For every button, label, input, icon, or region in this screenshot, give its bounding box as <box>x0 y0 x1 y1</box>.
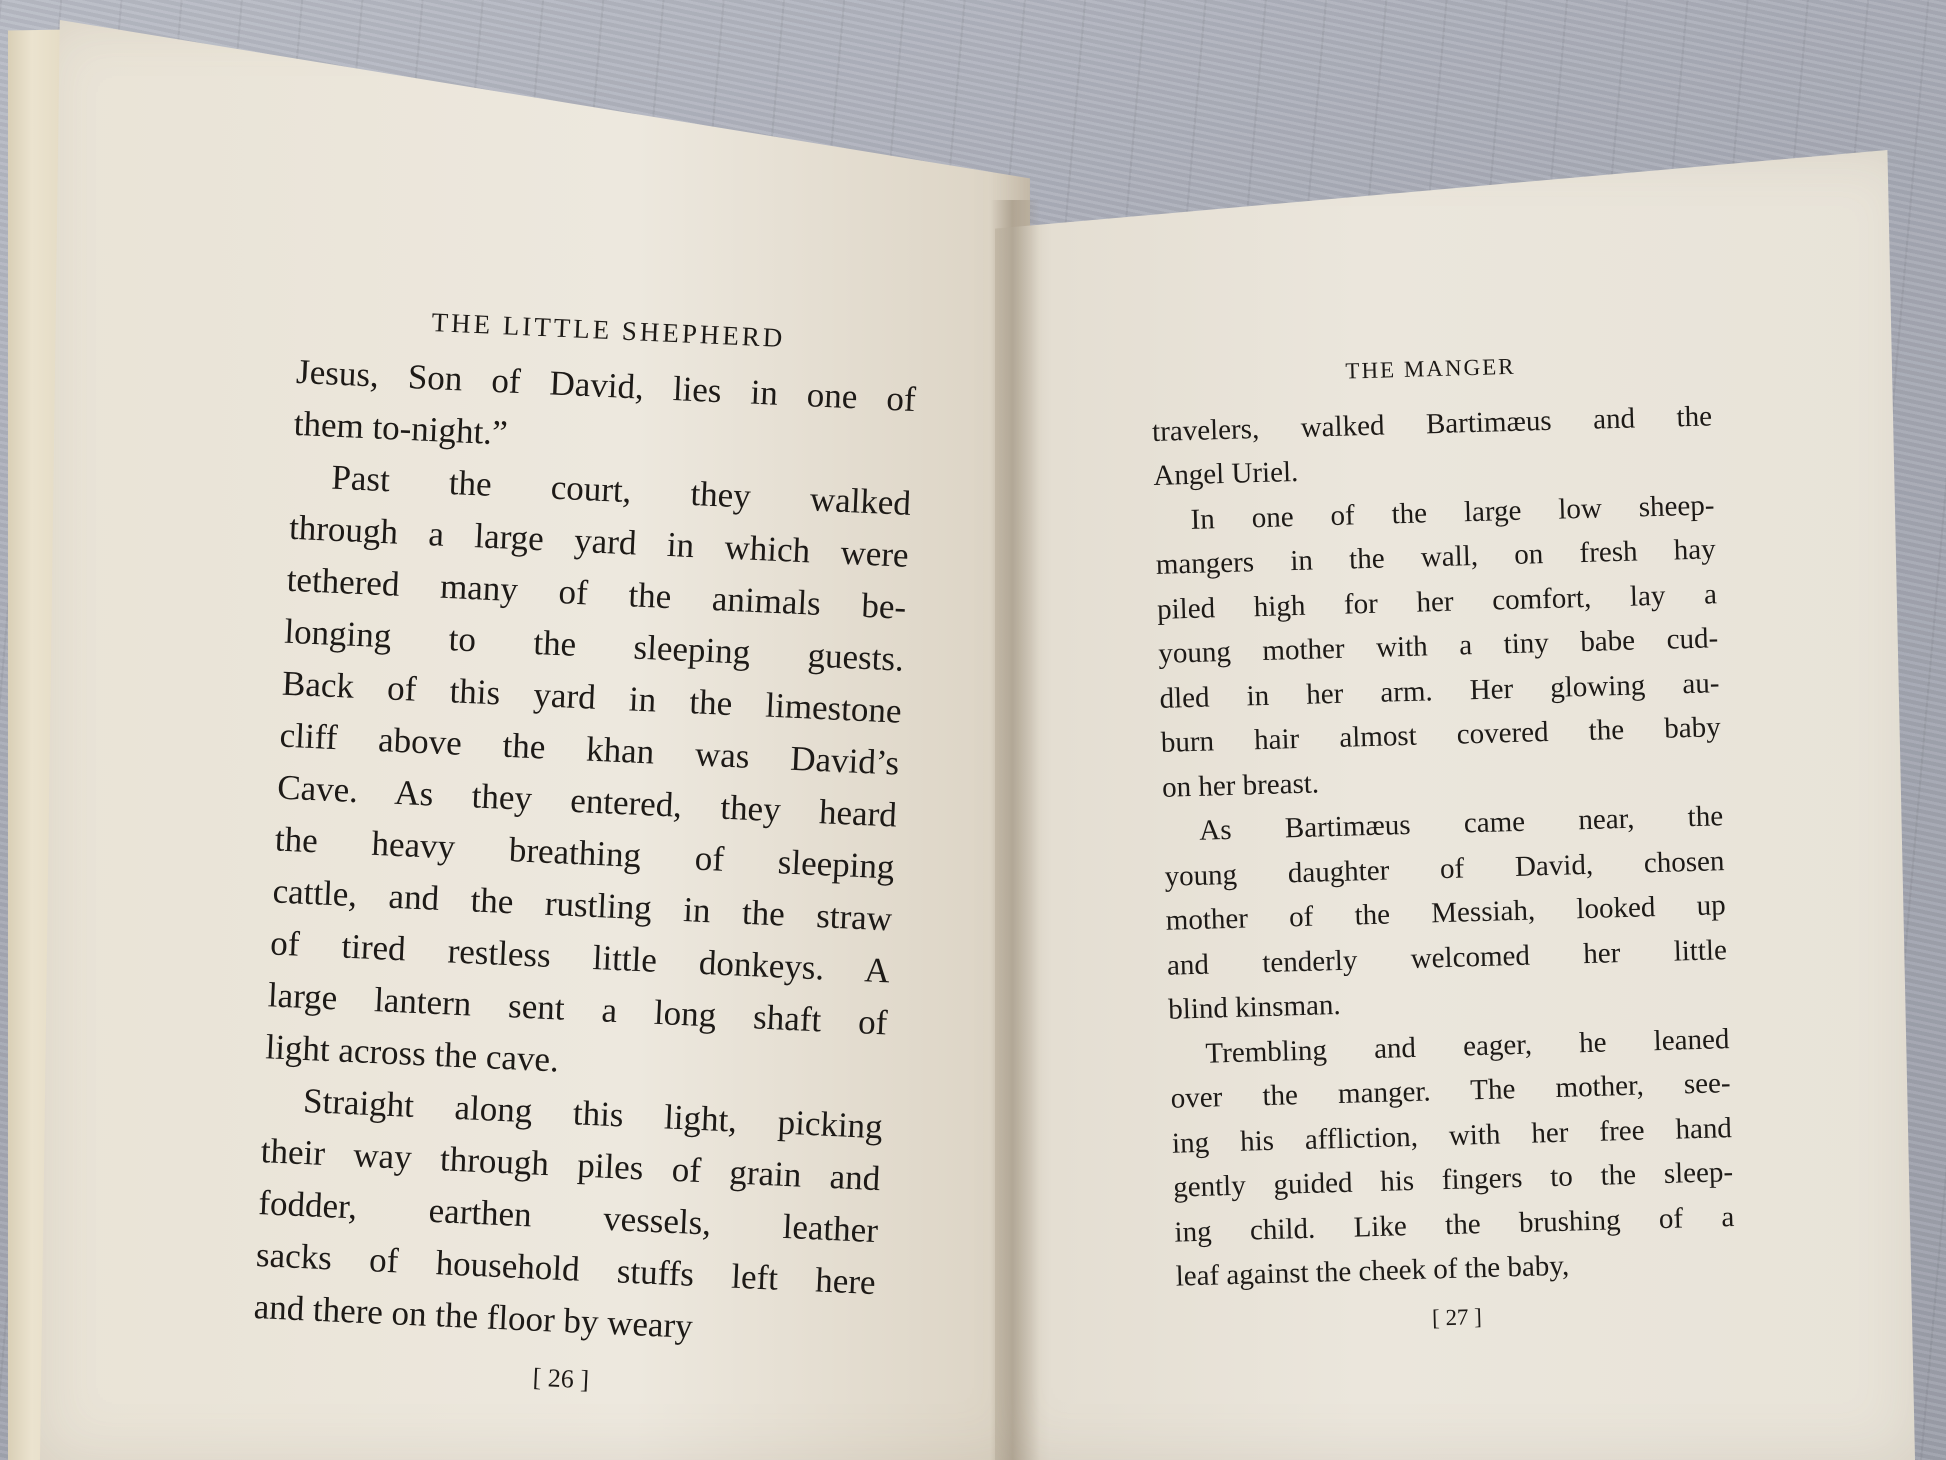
left-page-body: Jesus, Son of David, lies in one ofthem … <box>253 346 917 1361</box>
paragraph: Trembling and eager, he leanedover the m… <box>1169 1017 1736 1300</box>
open-book: THE LITTLE SHEPHERD Jesus, Son of David,… <box>0 0 1946 1460</box>
book-gutter <box>990 200 1040 1460</box>
right-page-body: travelers, walked Bartimæus and theAngel… <box>1152 394 1737 1299</box>
paragraph: travelers, walked Bartimæus and theAngel… <box>1152 394 1714 499</box>
paragraph: In one of the large low sheep-mangers in… <box>1154 483 1722 810</box>
left-page-text: THE LITTLE SHEPHERD Jesus, Son of David,… <box>250 290 919 1419</box>
paragraph: As Bartimæus came near, theyoung daughte… <box>1163 794 1729 1032</box>
right-page-text: THE MANGER travelers, walked Bartimæus a… <box>1150 339 1738 1347</box>
paragraph: Past the court, they walkedthrough a lar… <box>264 450 912 1101</box>
paragraph: Straight along this light, pickingtheir … <box>253 1073 884 1361</box>
